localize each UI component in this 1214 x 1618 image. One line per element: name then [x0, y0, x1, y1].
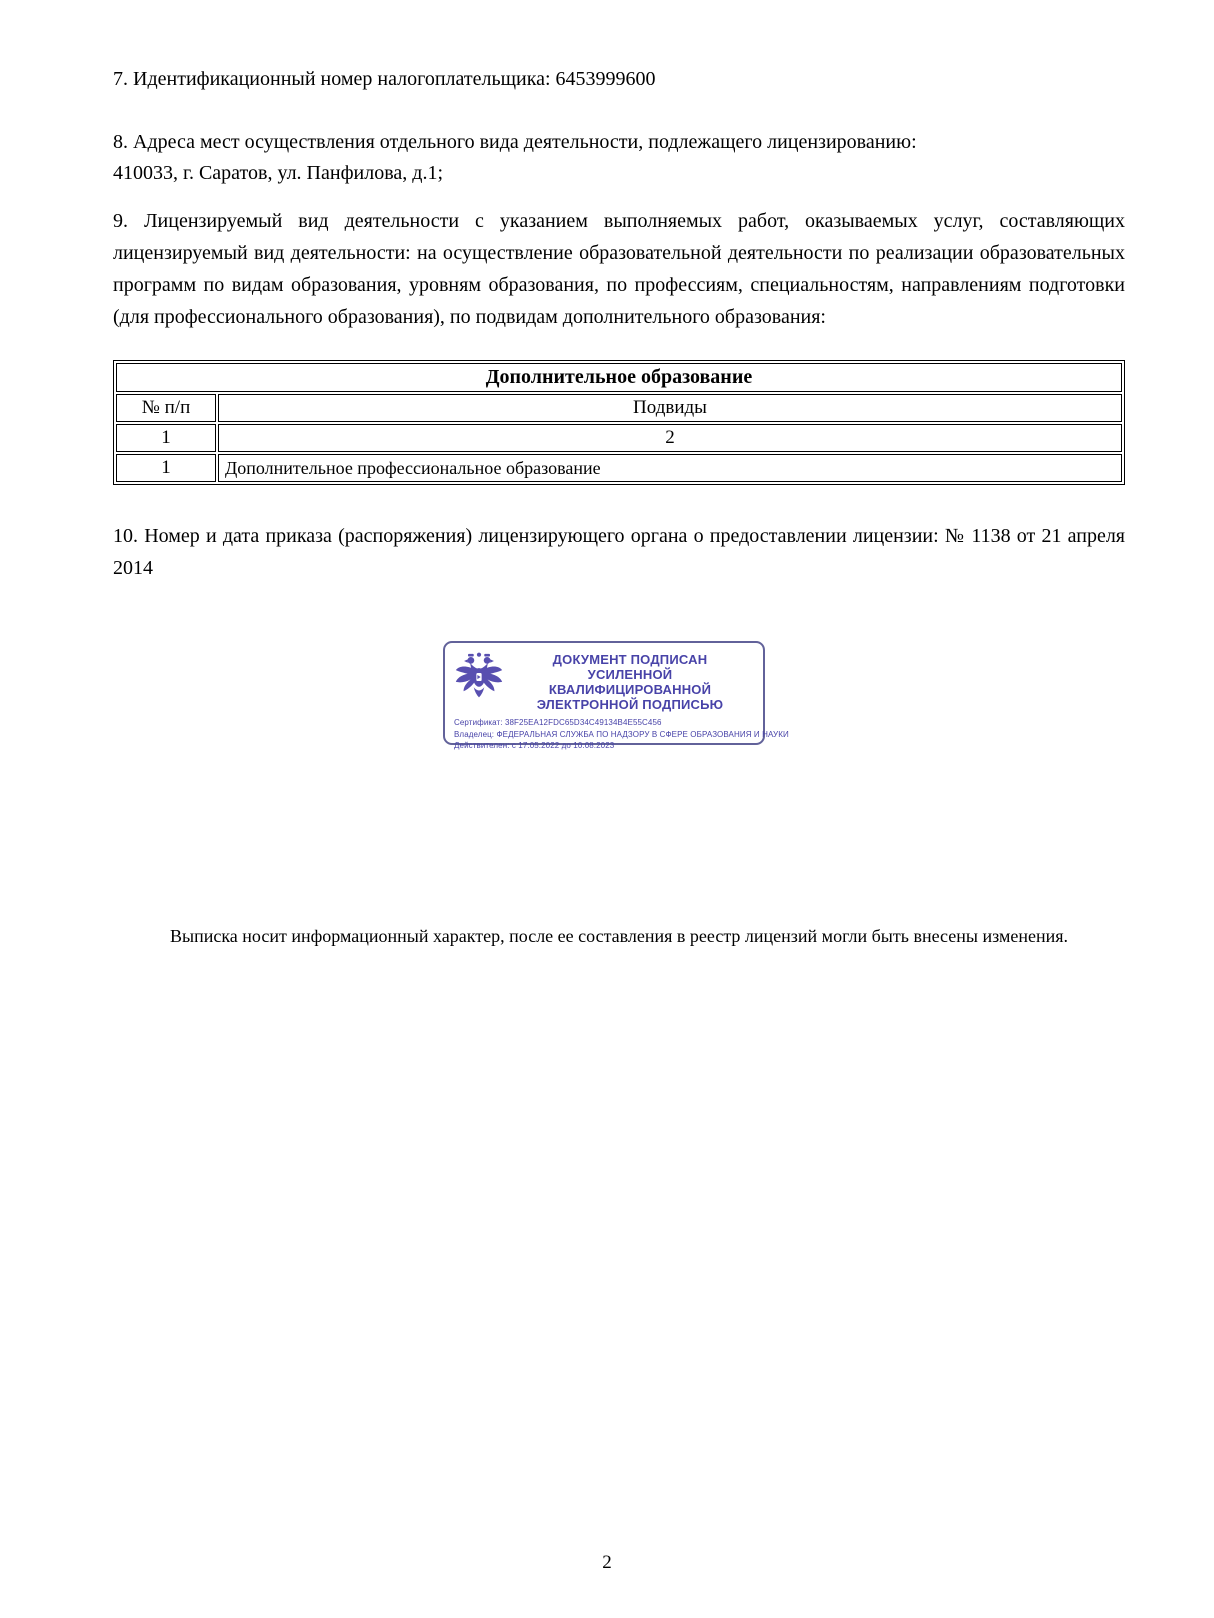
stamp-owner: Владелец: ФЕДЕРАЛЬНАЯ СЛУЖБА ПО НАДЗОРУ … — [454, 729, 755, 741]
table-title-row: Дополнительное образование — [116, 363, 1122, 392]
stamp-validity: Действителен: с 17.05.2022 до 10.08.2023 — [454, 740, 755, 752]
coat-of-arms-icon — [453, 649, 505, 701]
paragraph-addresses-line2: 410033, г. Саратов, ул. Панфилова, д.1; — [113, 158, 1125, 189]
stamp-title-line1: ДОКУМЕНТ ПОДПИСАН — [505, 652, 755, 667]
stamp-title-line2: УСИЛЕННОЙ КВАЛИФИЦИРОВАННОЙ — [505, 667, 755, 697]
paragraph-addresses-line1: 8. Адреса мест осуществления отдельного … — [113, 127, 1125, 158]
stamp-details: Сертификат: 38F25EA12FDC65D34C49134B4E55… — [445, 712, 763, 752]
table-header-num: № п/п — [116, 394, 216, 422]
disclaimer-text: Выписка носит информационный характер, п… — [113, 926, 1125, 947]
document-page: 7. Идентификационный номер налогоплатель… — [0, 0, 1214, 1618]
table-row: 1 2 — [116, 424, 1122, 452]
stamp-title: ДОКУМЕНТ ПОДПИСАН УСИЛЕННОЙ КВАЛИФИЦИРОВ… — [505, 649, 755, 712]
table-header-subtypes: Подвиды — [218, 394, 1122, 422]
paragraph-inn: 7. Идентификационный номер налогоплатель… — [113, 64, 1125, 95]
page-number: 2 — [0, 1552, 1214, 1574]
paragraph-order-number: 10. Номер и дата приказа (распоряжения) … — [113, 520, 1125, 584]
stamp-title-line3: ЭЛЕКТРОННОЙ ПОДПИСЬЮ — [505, 697, 755, 712]
table-cell-num: 1 — [116, 424, 216, 452]
stamp-certificate: Сертификат: 38F25EA12FDC65D34C49134B4E55… — [454, 717, 755, 729]
table-cell-value: 2 — [218, 424, 1122, 452]
table-title: Дополнительное образование — [116, 363, 1122, 392]
table-cell-value: Дополнительное профессиональное образова… — [218, 454, 1122, 482]
paragraph-addresses: 8. Адреса мест осуществления отдельного … — [113, 127, 1125, 189]
table-row: 1 Дополнительное профессиональное образо… — [116, 454, 1122, 482]
table-header-row: № п/п Подвиды — [116, 394, 1122, 422]
additional-education-table: Дополнительное образование № п/п Подвиды… — [113, 360, 1125, 485]
paragraph-licensed-activity: 9. Лицензируемый вид деятельности с указ… — [113, 205, 1125, 333]
digital-signature-stamp: ДОКУМЕНТ ПОДПИСАН УСИЛЕННОЙ КВАЛИФИЦИРОВ… — [443, 641, 765, 745]
table-cell-num: 1 — [116, 454, 216, 482]
stamp-header: ДОКУМЕНТ ПОДПИСАН УСИЛЕННОЙ КВАЛИФИЦИРОВ… — [445, 643, 763, 712]
